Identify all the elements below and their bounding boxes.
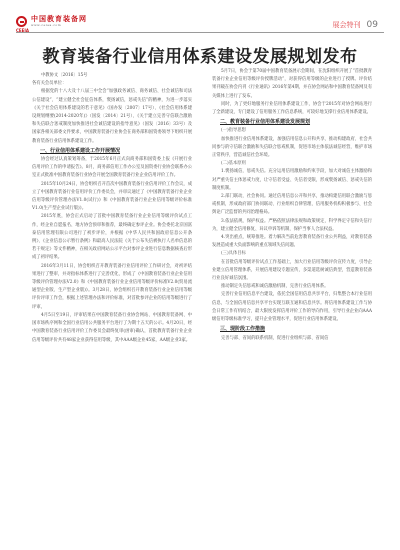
paragraph: 2015年底，协会正式启动了首批中国教育装备行业企业信用等级评价试点工作，经企业… xyxy=(32,213,192,262)
right-column: 5月7日，协会于第70届中国教育装备展示会期间，在沈阳组织开展了“首批教育装备行… xyxy=(212,68,372,343)
logo: 中国教育装备网 www.ceiea.com xyxy=(16,15,87,27)
paragraph: 在首批信用等级评价试点工作基础上，加大行业信用等级评价宣传力度，引导企业建立信用… xyxy=(212,259,372,284)
paragraph: 根据党的十八大及十八届三中全会“加强政务诚信、商务诚信、社会诚信和司法公信建设”… xyxy=(32,88,192,145)
paragraph: 5月7日，协会于第70届中国教育装备展示会期间，在沈阳组织开展了“首批教育装备行… xyxy=(212,68,372,101)
paragraph: 2.部门联动，社会协同。通过信用信息公开和共享，推动构建信用联合激励与惩戒机制，… xyxy=(212,193,372,218)
section-heading-1: 一、行业信用体系建设工作开展情况 xyxy=(32,147,192,155)
logo-url: www.ceiea.com xyxy=(31,23,87,27)
paragraph: 4.突出重点，统筹推进。着力解决当前危害教育装备行业公共利益，对教育装备发展造成… xyxy=(212,234,372,250)
section-label: 展会特刊 xyxy=(333,20,361,30)
paragraph: 2016年3月11日，协会组织召开教育装备行业信用评价工作研讨会，对初评结果进行… xyxy=(32,263,192,312)
subheading: (一)指导思想 xyxy=(212,127,372,135)
subheading: (二)基本原则 xyxy=(212,160,372,168)
logo-mark-icon xyxy=(16,16,27,27)
paragraph: 同时，为了更好地服务行业信用体系建设工作，协会于2015年对协会网站进行了全新建… xyxy=(212,101,372,117)
logo-name: 中国教育装备网 xyxy=(31,15,87,23)
document-number: 中教协文〔2016〕15号 xyxy=(32,72,192,80)
paragraph: 完善行业信用信息平台建设，依托全国信用信息共享平台，归集整合本行业信用信息，与全… xyxy=(212,291,372,324)
section-heading-2: 二、教育装备行业信用体系建设发展规划 xyxy=(212,118,372,126)
paragraph: 协会经过认真策划筹备，于2015年6月正式向商务部和国资委上报《开展行业信用评价… xyxy=(32,156,192,181)
header-divider xyxy=(16,32,384,33)
paragraph: 1.褒扬诚信，惩戒失信。充分运用信用激励和约束手段，加大对诚信主体激励和对严重失… xyxy=(212,168,372,193)
page-header: 中国教育装备网 www.ceiea.com CEEIA 展会特刊 09 xyxy=(0,0,400,34)
paragraph: 完善与部、省间的联系机制，促进行业组织与部、省间信 xyxy=(212,335,372,343)
page-number: 09 xyxy=(367,20,378,30)
paragraph: 4月5日至19日，评审结果在中国教育装备行业协会网站、中国教育装备网、中国市场秩… xyxy=(32,312,192,345)
subheading: (三)具体目标 xyxy=(212,250,372,258)
paragraph: 推动制定失信惩戒和诚信激励机制，完善行业信用体系。 xyxy=(212,283,372,291)
section-heading-3: 三、现阶段工作措施 xyxy=(212,325,372,333)
left-column: 中教协文〔2016〕15号 各有关会员单位： 根据党的十八大及十八届三中全会“加… xyxy=(32,72,192,345)
greeting: 各有关会员单位： xyxy=(32,80,192,88)
paragraph: 2015年10月24日，协会组织召开首次中国教育装备行业信用评价工作会议，成立了… xyxy=(32,181,192,214)
paragraph: 3.依法依规，保护权益。严格依照法律法规和政策规定，科学界定守信和失信行为，建立… xyxy=(212,218,372,234)
article-title: 教育装备行业信用体系建设发展规划发布 xyxy=(0,42,400,67)
paragraph: 加快推进行业信用体系建设，加强信用信息公开和共享，推动构建政府、社会共同参与的守… xyxy=(212,136,372,161)
